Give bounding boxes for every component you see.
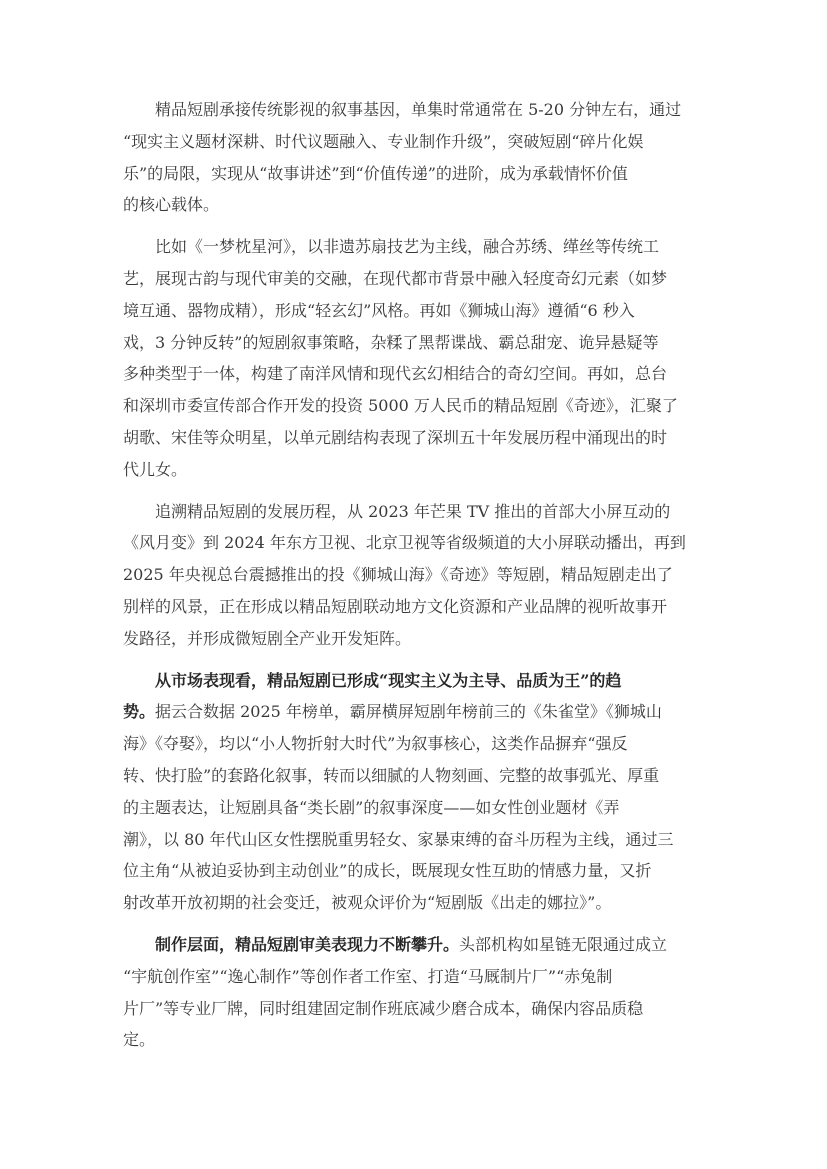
text-line: 发路径，并形成微短剧全产业开发矩阵。 bbox=[123, 623, 707, 655]
text-run: 和深圳市委宣传部合作开发的投资 5000 万人民币的精品短剧《奇迹》，汇聚了 bbox=[123, 396, 678, 415]
text-run: 《风月变》到 2024 年东方卫视、北京卫视等省级频道的大小屏联动播出，再到 bbox=[123, 533, 686, 552]
bold-text-run: 从市场表现看，精品短剧已形成“现实主义为主导、品质为王”的趋 bbox=[155, 671, 621, 690]
text-line: 从市场表现看，精品短剧已形成“现实主义为主导、品质为王”的趋 bbox=[123, 665, 707, 697]
paragraph: 制作层面，精品短剧审美表现力不断攀升。头部机构如星链无限通过成立“宇航创作室”“… bbox=[123, 929, 707, 1056]
text-line: 戏，3 分钟反转”的短剧叙事策略，杂糅了黑帮谍战、霸总甜宠、诡异悬疑等 bbox=[123, 327, 707, 359]
text-run: 境互通、器物成精），形成“轻玄幻”风格。再如《狮城山海》遵循“6 秒入 bbox=[123, 301, 635, 320]
text-run: 艺，展现古韵与现代审美的交融，在现代都市背景中融入轻度奇幻元素（如梦 bbox=[123, 269, 667, 288]
text-line: 射改革开放初期的社会变迁，被观众评价为“短剧版《出走的娜拉》”。 bbox=[123, 887, 707, 919]
text-line: 定。 bbox=[123, 1024, 707, 1056]
text-line: 海》《夺娶》，均以“小人物折射大时代”为叙事核心，这类作品摒弃“强反 bbox=[123, 728, 707, 760]
text-line: 位主角“从被迫妥协到主动创业”的成长，既展现女性互助的情感力量，又折 bbox=[123, 855, 707, 887]
text-run: 精品短剧承接传统影视的叙事基因，单集时常通常在 5-20 分钟左右，通过 bbox=[155, 100, 681, 119]
text-line: 和深圳市委宣传部合作开发的投资 5000 万人民币的精品短剧《奇迹》，汇聚了 bbox=[123, 390, 707, 422]
text-run: 发路径，并形成微短剧全产业开发矩阵。 bbox=[123, 629, 411, 648]
text-run: 射改革开放初期的社会变迁，被观众评价为“短剧版《出走的娜拉》”。 bbox=[123, 893, 611, 912]
text-line: 追溯精品短剧的发展历程，从 2023 年芒果 TV 推出的首部大小屏互动的 bbox=[123, 496, 707, 528]
text-run: 据云合数据 2025 年榜单，霸屏横屏短剧年榜前三的《朱雀堂》《狮城山 bbox=[155, 702, 662, 721]
text-run: 乐”的局限，实现从“故事讲述”到“价值传递”的进阶，成为承载情怀价值 bbox=[123, 164, 628, 183]
text-run: 头部机构如星链无限通过成立 bbox=[459, 935, 667, 954]
text-line: 片厂”等专业厂牌，同时组建固定制作班底减少磨合成本，确保内容品质稳 bbox=[123, 993, 707, 1025]
text-line: 胡歌、宋佳等众明星，以单元剧结构表现了深圳五十年发展历程中涌现出的时 bbox=[123, 422, 707, 454]
text-run: 位主角“从被迫妥协到主动创业”的成长，既展现女性互助的情感力量，又折 bbox=[123, 861, 651, 880]
bold-text-run: 制作层面，精品短剧审美表现力不断攀升。 bbox=[155, 935, 459, 954]
text-line: 别样的风景，正在形成以精品短剧联动地方文化资源和产业品牌的视听故事开 bbox=[123, 591, 707, 623]
text-run: 多种类型于一体，构建了南洋风情和现代玄幻相结合的奇幻空间。再如，总台 bbox=[123, 364, 667, 383]
text-line: 的核心载体。 bbox=[123, 189, 707, 221]
text-run: 胡歌、宋佳等众明星，以单元剧结构表现了深圳五十年发展历程中涌现出的时 bbox=[123, 428, 667, 447]
text-run: 戏，3 分钟反转”的短剧叙事策略，杂糅了黑帮谍战、霸总甜宠、诡异悬疑等 bbox=[123, 333, 658, 352]
text-run: 定。 bbox=[123, 1030, 155, 1049]
text-line: 潮》，以 80 年代山区女性摆脱重男轻女、家暴束缚的奋斗历程为主线，通过三 bbox=[123, 824, 707, 856]
text-run: 的核心载体。 bbox=[123, 195, 219, 214]
text-line: 境互通、器物成精），形成“轻玄幻”风格。再如《狮城山海》遵循“6 秒入 bbox=[123, 295, 707, 327]
text-line: 乐”的局限，实现从“故事讲述”到“价值传递”的进阶，成为承载情怀价值 bbox=[123, 158, 707, 190]
text-run: 转、快打脸”的套路化叙事，转而以细腻的人物刻画、完整的故事弧光、厚重 bbox=[123, 766, 659, 785]
document-page: 精品短剧承接传统影视的叙事基因，单集时常通常在 5-20 分钟左右，通过“现实主… bbox=[0, 0, 827, 1169]
text-run: 片厂”等专业厂牌，同时组建固定制作班底减少磨合成本，确保内容品质稳 bbox=[123, 999, 643, 1018]
text-run: 海》《夺娶》，均以“小人物折射大时代”为叙事核心，这类作品摒弃“强反 bbox=[123, 734, 628, 753]
text-line: “现实主义题材深耕、时代议题融入、专业制作升级”，突破短剧“碎片化娱 bbox=[123, 126, 707, 158]
text-run: 别样的风景，正在形成以精品短剧联动地方文化资源和产业品牌的视听故事开 bbox=[123, 597, 667, 616]
text-line: 《风月变》到 2024 年东方卫视、北京卫视等省级频道的大小屏联动播出，再到 bbox=[123, 527, 707, 559]
text-run: 比如《一梦枕星河》，以非遗苏扇技艺为主线，融合苏绣、缂丝等传统工 bbox=[155, 237, 659, 256]
paragraph: 追溯精品短剧的发展历程，从 2023 年芒果 TV 推出的首部大小屏互动的《风月… bbox=[123, 496, 707, 655]
text-line: 比如《一梦枕星河》，以非遗苏扇技艺为主线，融合苏绣、缂丝等传统工 bbox=[123, 231, 707, 263]
text-line: 精品短剧承接传统影视的叙事基因，单集时常通常在 5-20 分钟左右，通过 bbox=[123, 94, 707, 126]
text-run: “现实主义题材深耕、时代议题融入、专业制作升级”，突破短剧“碎片化娱 bbox=[123, 132, 644, 151]
paragraph: 精品短剧承接传统影视的叙事基因，单集时常通常在 5-20 分钟左右，通过“现实主… bbox=[123, 94, 707, 221]
text-line: 制作层面，精品短剧审美表现力不断攀升。头部机构如星链无限通过成立 bbox=[123, 929, 707, 961]
text-run: 2025 年央视总台震撼推出的投《狮城山海》《奇迹》等短剧，精品短剧走出了 bbox=[123, 565, 673, 584]
text-line: 转、快打脸”的套路化叙事，转而以细腻的人物刻画、完整的故事弧光、厚重 bbox=[123, 760, 707, 792]
text-line: 2025 年央视总台震撼推出的投《狮城山海》《奇迹》等短剧，精品短剧走出了 bbox=[123, 559, 707, 591]
text-run: 代儿女。 bbox=[123, 460, 187, 479]
text-run: 潮》，以 80 年代山区女性摆脱重男轻女、家暴束缚的奋斗历程为主线，通过三 bbox=[123, 830, 674, 849]
text-line: 的主题表达，让短剧具备“类长剧”的叙事深度——如女性创业题材《弄 bbox=[123, 792, 707, 824]
text-run: 追溯精品短剧的发展历程，从 2023 年芒果 TV 推出的首部大小屏互动的 bbox=[155, 502, 670, 521]
text-line: 多种类型于一体，构建了南洋风情和现代玄幻相结合的奇幻空间。再如，总台 bbox=[123, 358, 707, 390]
text-line: 代儿女。 bbox=[123, 454, 707, 486]
bold-text-run: 势。 bbox=[123, 702, 155, 721]
document-body: 精品短剧承接传统影视的叙事基因，单集时常通常在 5-20 分钟左右，通过“现实主… bbox=[123, 94, 707, 1066]
paragraph: 从市场表现看，精品短剧已形成“现实主义为主导、品质为王”的趋势。据云合数据 20… bbox=[123, 665, 707, 919]
text-run: “宇航创作室”“逸心制作”等创作者工作室、打造“马厩制片厂”“赤兔制 bbox=[123, 967, 612, 986]
text-line: “宇航创作室”“逸心制作”等创作者工作室、打造“马厩制片厂”“赤兔制 bbox=[123, 961, 707, 993]
text-run: 的主题表达，让短剧具备“类长剧”的叙事深度——如女性创业题材《弄 bbox=[123, 798, 619, 817]
paragraph: 比如《一梦枕星河》，以非遗苏扇技艺为主线，融合苏绣、缂丝等传统工艺，展现古韵与现… bbox=[123, 231, 707, 485]
text-line: 艺，展现古韵与现代审美的交融，在现代都市背景中融入轻度奇幻元素（如梦 bbox=[123, 263, 707, 295]
text-line: 势。据云合数据 2025 年榜单，霸屏横屏短剧年榜前三的《朱雀堂》《狮城山 bbox=[123, 696, 707, 728]
